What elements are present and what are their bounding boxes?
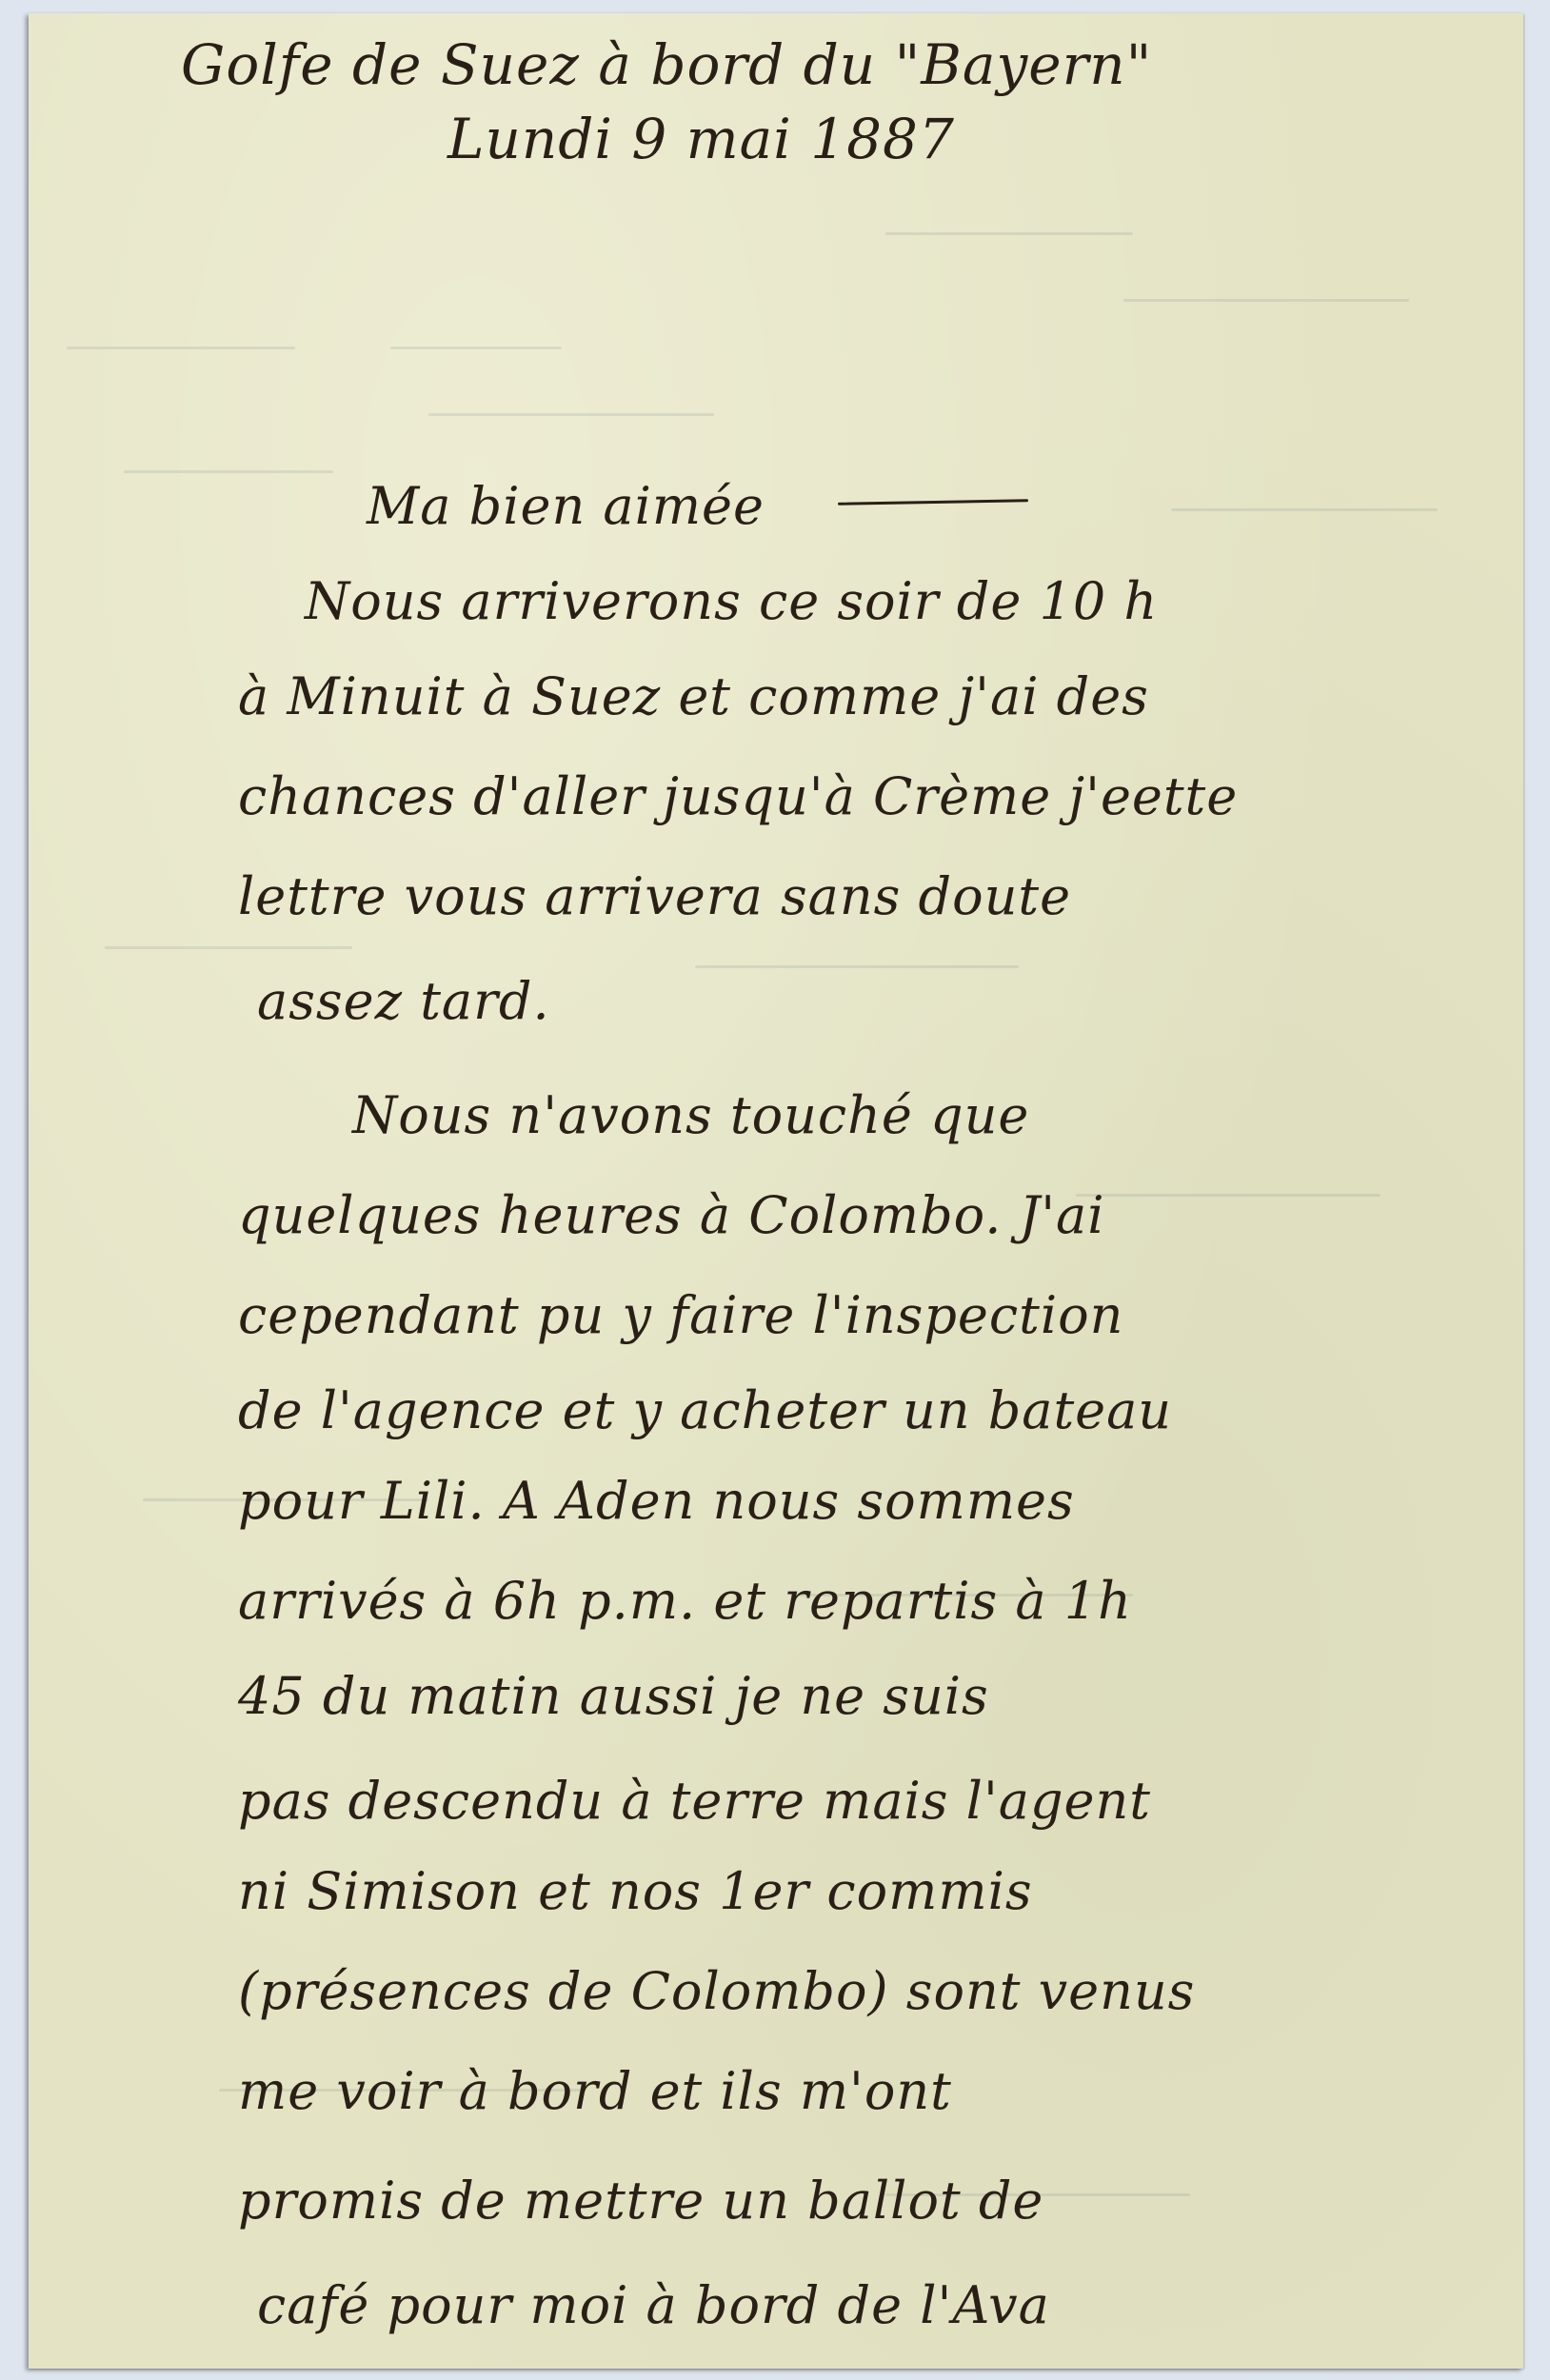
letter-line: cependant pu y faire l'inspection bbox=[238, 1285, 1123, 1345]
letter-date-line: Lundi 9 mai 1887 bbox=[447, 107, 955, 171]
letter-line: me voir à bord et ils m'ont bbox=[238, 2061, 952, 2121]
letter-line: (présences de Colombo) sont venus bbox=[238, 1961, 1195, 2021]
letter-line: assez tard. bbox=[257, 971, 550, 1031]
letter-line: café pour moi à bord de l'Ava bbox=[257, 2275, 1050, 2335]
letter-line: ni Simison et nos 1er commis bbox=[238, 1861, 1033, 1921]
letter-line: de l'agence et y acheter un bateau bbox=[238, 1380, 1172, 1440]
letter-place-line: Golfe de Suez à bord du "Bayern" bbox=[181, 32, 1152, 97]
letter-salutation: Ma bien aimée bbox=[367, 476, 765, 536]
letter-line: arrivés à 6h p.m. et repartis à 1h bbox=[238, 1571, 1132, 1631]
letter-line: à Minuit à Suez et comme j'ai des bbox=[238, 666, 1149, 726]
letter-line: lettre vous arrivera sans doute bbox=[238, 866, 1071, 926]
letter-line: pas descendu à terre mais l'agent bbox=[238, 1771, 1151, 1831]
letter-line: promis de mettre un ballot de bbox=[238, 2171, 1043, 2231]
letter-line: quelques heures à Colombo. J'ai bbox=[238, 1185, 1105, 1245]
letter-line: 45 du matin aussi je ne suis bbox=[238, 1666, 989, 1726]
letter-line: pour Lili. A Aden nous sommes bbox=[238, 1471, 1075, 1531]
letter-line: Nous arriverons ce soir de 10 h bbox=[305, 571, 1158, 631]
letter-line: Nous n'avons touché que bbox=[352, 1085, 1029, 1145]
letter-line: chances d'aller jusqu'à Crème j'eette bbox=[238, 766, 1238, 826]
